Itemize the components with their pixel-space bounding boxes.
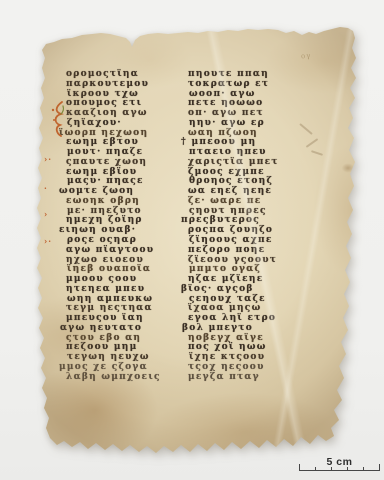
manuscript-text-line: αγω ηευτατο [60,324,181,334]
manuscript-text-line: ςεηουχ ταζε [189,295,303,305]
manuscript-text-line: ζηϊαχου· [67,119,181,129]
manuscript-text-line: ϊηεβ ουαποϊα [67,265,181,275]
manuscript-text-line: μουτ· πηαζε [67,148,181,158]
manuscript-text-line: ροςε οςηαρ [67,236,181,246]
manuscript-text-line: ωηη αμπευκω [67,295,181,305]
rubric-mark: · [44,184,48,192]
manuscript-text-line: βολ μπεγτο [182,324,303,334]
photo-of-manuscript-leaf: ογ ›··››· ορομοςτϊηαπαρκουτεμουϊκροου τχ… [0,0,384,480]
manuscript-text-line: με· πηεζυτο [67,207,181,217]
scale-bar-tick [347,467,348,470]
scale-bar-label: 5 cm [299,456,380,468]
rubric-mark: › [44,210,48,218]
manuscript-text-line: ςηουτ ηπρες [189,207,303,217]
column-right: πηουτε ππαητοκρατωρ ετωοοπ· αγωπετε ηοωω… [188,70,302,383]
scale-bar-tick [315,467,316,470]
column-left: ορομοςτϊηαπαρκουτεμουϊκροου τχωοπουμος ε… [66,70,180,383]
manuscript-text-line: ηηυ· αγω ερ [189,119,303,129]
manuscript-text-line: θροηος ετοηζ [189,177,303,187]
rubric-mark: ›· [44,155,52,163]
manuscript-text-line: μπμτο ογαζ [189,265,303,275]
manuscript-text-line: πταειο ηπευ [189,148,303,158]
manuscript-text-line: ϊκροου τχω [67,90,181,100]
scale-bar-tick [379,464,380,471]
faint-folio-mark: ογ [301,52,312,61]
manuscript-text-line: λαβη ωμπχοεις [66,373,180,383]
rubric-mark: ›· [44,237,52,245]
scale-bar-tick [331,467,332,470]
manuscript-text-line: ωοοπ· αγω [189,90,303,100]
manuscript-text-line: μαςυ· πηαςε [67,177,181,187]
scale-bar-tick [363,467,364,470]
scale-bar: 5 cm [299,455,380,471]
scale-bar-tick [299,464,300,471]
manuscript-text-line: μεγζα πταγ [188,373,302,383]
scale-bar-line [299,470,380,471]
manuscript-text-line: ζϊηοους αχπε [189,236,303,246]
